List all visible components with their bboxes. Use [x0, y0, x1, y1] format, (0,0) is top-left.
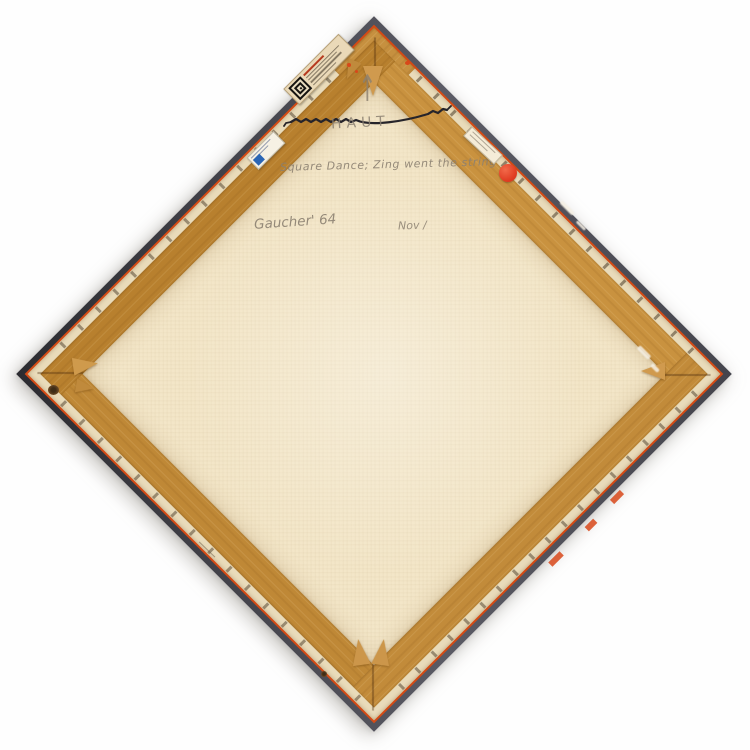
miter-seam-bottom [372, 665, 374, 711]
canvas-back [83, 83, 666, 666]
orange-paint-patch [585, 519, 598, 532]
miter-seam-top [374, 37, 376, 83]
artwork-back [16, 16, 732, 732]
photo-stage: ↑ HAUT Square Dance; Zing went the strin… [0, 0, 750, 750]
miter-seam-right [665, 374, 711, 376]
miter-seam-left [37, 372, 83, 374]
